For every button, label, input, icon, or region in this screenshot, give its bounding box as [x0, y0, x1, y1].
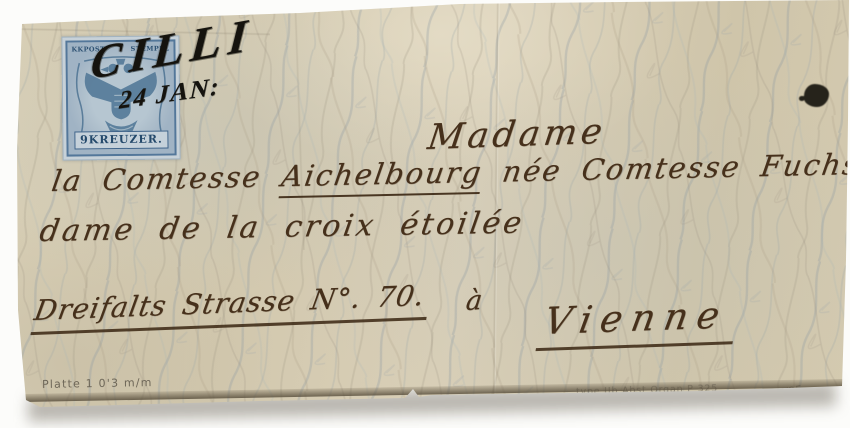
photo-background: KKPOST STEMPEL	[0, 0, 850, 428]
address-name-prefix: la Comtesse	[49, 159, 284, 198]
pencil-note-plate: Platte 1 0'3 m/m	[42, 376, 153, 391]
address-preposition: à	[464, 285, 483, 317]
address-salutation: Madame	[425, 112, 608, 158]
address-city: Vienne	[535, 293, 741, 351]
postmark-cilli: CILLI 24 JAN:	[76, 36, 296, 136]
address-name-underlined: Aichelbourg	[278, 155, 485, 198]
letter-sheet: KKPOST STEMPEL	[0, 0, 850, 428]
